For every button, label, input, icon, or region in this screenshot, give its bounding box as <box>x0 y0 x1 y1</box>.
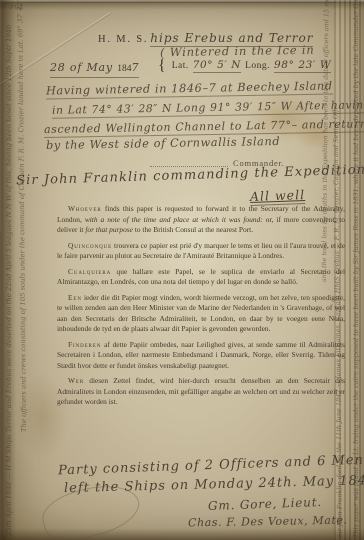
paragraph-text-italic: with a note of the time and place at whi… <box>85 215 263 224</box>
signature-gore: Gm. Gore, Lieut. <box>208 495 322 513</box>
printed-year-stub: 184 <box>117 64 131 74</box>
signature-des-voeux: Chas. F. Des Voeux, Mate. <box>188 514 348 530</box>
paragraph-english: Whoever finds this paper is requested to… <box>57 204 345 236</box>
printed-lat-label: Lat. <box>172 61 189 71</box>
hand-date: 28 of May <box>50 61 117 74</box>
paragraph-french: Quinconque trouvera ce papier est prié d… <box>57 241 345 262</box>
position-line: { Lat. 70° 5′ N Long. 98° 23′ W <box>158 55 331 75</box>
paper-edge-shadow <box>0 0 364 10</box>
printed-instructions: Whoever finds this paper is requested to… <box>57 204 345 413</box>
hand-year-digit: 7 <box>131 61 139 74</box>
margin-note-right-outer: This paper was found by Lt. Irving under… <box>352 10 360 538</box>
lead-word: Cualquiera <box>68 267 111 276</box>
victory-point-note: the paper has been transferred to this p… <box>0 0 364 540</box>
hand-body-line: by the West side of Cornwallis Island <box>46 135 280 152</box>
printed-hms-label: H. M. S. <box>98 34 148 45</box>
printed-long-label: Long. <box>245 61 270 71</box>
printed-brace: { <box>158 57 166 74</box>
lead-word: Wer <box>68 376 84 385</box>
paragraph-text: af dette Papiir ombedes, naar Leilighed … <box>57 340 345 370</box>
hand-lat-value: 70° 5′ N <box>193 59 241 73</box>
paragraph-spanish: Cualquiera que hallare este Papel, se le… <box>57 267 345 288</box>
date-line: 28 of May 1847 <box>50 58 139 78</box>
lead-word: Quinconque <box>68 241 112 250</box>
lead-word: Finderen <box>68 340 101 349</box>
paragraph-text: ieder die dit Papier mogt vinden, wordt … <box>57 293 345 334</box>
paragraph-text: diesen Zettel findet, wird hier-durch er… <box>57 376 345 406</box>
margin-note-left-inner: The officers and crews consisting of 105… <box>16 8 28 432</box>
lead-word: Whoever <box>68 204 102 213</box>
margin-note-left-outer: 25th April 1848 — H M Ships Terror and E… <box>5 8 13 536</box>
paragraph-text-italic: for that purpose <box>85 225 133 234</box>
lead-word: Een <box>68 293 82 302</box>
paragraph-text: to the British Consul at the nearest Por… <box>133 225 253 234</box>
paragraph-dutch: Een ieder die dit Papier mogt vinden, wo… <box>57 293 345 335</box>
paragraph-german: Wer diesen Zettel findet, wird hier-durc… <box>57 376 345 408</box>
paragraph-danish: Finderen af dette Papiir ombedes, naar L… <box>57 340 345 372</box>
